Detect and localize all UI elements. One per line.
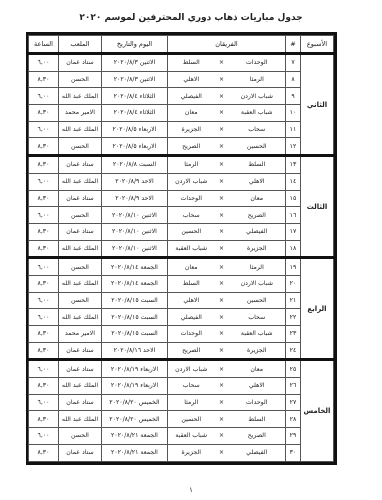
home-team: سحاب	[229, 121, 286, 138]
match-date: الاثنين ٢٠٢٠/٨/١٠	[101, 223, 167, 240]
header-date: اليوم والتاريخ	[101, 36, 167, 54]
home-team: الحسين	[229, 292, 286, 309]
vs-mark: ×	[215, 207, 229, 224]
match-time: ٨,٣٠	[28, 156, 58, 174]
away-team: الصريح	[167, 342, 214, 360]
fixtures-table: الأسبوع # الفريقان اليوم والتاريخ الملعب…	[26, 32, 337, 465]
match-date: الجمعة ٢٠٢٠/٨/٢١	[101, 428, 167, 445]
match-time: ٨,٣٠	[28, 190, 58, 207]
away-team: الرمثا	[167, 394, 214, 411]
table-row: ٢٦الاهلي×سحابالاربعاء ٢٠٢٠/٨/١٩الملك عبد…	[28, 378, 333, 395]
away-team: الجزيرة	[167, 121, 214, 138]
away-team: السلط	[167, 275, 214, 292]
table-row: ١٥معان×الوحداتالاحد ٢٠٢٠/٨/٩ستاد عمان٨,٣…	[28, 190, 333, 207]
match-venue: ستاد عمان	[58, 223, 101, 240]
match-number: ٢٢	[286, 309, 301, 326]
table-row: ٢٣شباب العقبة×الوحداتالسبت ٢٠٢٠/٨/١٥الام…	[28, 326, 333, 343]
home-team: سحاب	[229, 309, 286, 326]
vs-mark: ×	[215, 190, 229, 207]
header-time: الساعة	[28, 36, 58, 54]
home-team: الرمثا	[229, 258, 286, 276]
away-team: الاهلي	[167, 292, 214, 309]
match-number: ٧	[286, 54, 301, 72]
table-row: ٩شباب الاردن×الفيصليالثلاثاء ٢٠٢٠/٨/٤الم…	[28, 88, 333, 105]
match-number: ٢٥	[286, 360, 301, 378]
match-date: الجمعة ٢٠٢٠/٨/٢١	[101, 444, 167, 461]
home-team: الوحدات	[229, 394, 286, 411]
table-row: ٣٠الفيصلي×الجزيرةالجمعة ٢٠٢٠/٨/٢١ستاد عم…	[28, 444, 333, 461]
match-date: الخميس ٢٠٢٠/٨/٢٠	[101, 411, 167, 428]
away-team: شباب الاردن	[167, 173, 214, 190]
match-time: ٦,٠٠	[28, 207, 58, 224]
vs-mark: ×	[215, 105, 229, 122]
match-number: ١٣	[286, 156, 301, 174]
match-time: ٨,٣٠	[28, 378, 58, 395]
match-time: ٨,٣٠	[28, 71, 58, 88]
page-title: جدول مباريات ذهاب دوري المحترفين لموسم ٢…	[0, 13, 382, 23]
match-number: ١٠	[286, 105, 301, 122]
vs-mark: ×	[215, 309, 229, 326]
match-date: الخميس ٢٠٢٠/٨/٢٠	[101, 394, 167, 411]
page-number: ١	[0, 486, 382, 494]
match-venue: الملك عبد الله	[58, 411, 101, 428]
match-date: الاثنين ٢٠٢٠/٨/١٠	[101, 207, 167, 224]
away-team: الجزيرة	[167, 444, 214, 461]
header-num: #	[286, 36, 301, 54]
vs-mark: ×	[215, 444, 229, 461]
vs-mark: ×	[215, 292, 229, 309]
vs-mark: ×	[215, 71, 229, 88]
vs-mark: ×	[215, 394, 229, 411]
match-time: ٨,٣٠	[28, 342, 58, 360]
away-team: معان	[167, 258, 214, 276]
match-number: ٩	[286, 88, 301, 105]
vs-mark: ×	[215, 342, 229, 360]
match-time: ٨,٣٠	[28, 138, 58, 156]
match-time: ٦,٠٠	[28, 394, 58, 411]
home-team: الجزيرة	[229, 240, 286, 258]
away-team: الفيصلي	[167, 309, 214, 326]
home-team: شباب العقبة	[229, 105, 286, 122]
table-row: ١٦الصريح×سحابالاثنين ٢٠٢٠/٨/١٠الحسن٦,٠٠	[28, 207, 333, 224]
match-number: ١٦	[286, 207, 301, 224]
home-team: الجزيرة	[229, 342, 286, 360]
away-team: الحسين	[167, 411, 214, 428]
table-row: ٢١الحسين×الاهليالسبت ٢٠٢٠/٨/١٥الحسن٦,٠٠	[28, 292, 333, 309]
match-venue: الحسن	[58, 207, 101, 224]
match-number: ٢٧	[286, 394, 301, 411]
match-date: الاثنين ٢٠٢٠/٨/١٠	[101, 240, 167, 258]
header-teams: الفريقان	[167, 36, 285, 54]
away-team: شباب الاردن	[167, 360, 214, 378]
table-row: ٢٩الصريح×شباب العقبةالجمعة ٢٠٢٠/٨/٢١الحس…	[28, 428, 333, 445]
match-venue: ستاد عمان	[58, 156, 101, 174]
table-row: ٢٨السلط×الحسينالخميس ٢٠٢٠/٨/٢٠الملك عبد …	[28, 411, 333, 428]
match-number: ١٨	[286, 240, 301, 258]
table-row: الثاني٧الوحدات×السلطالاثنين ٢٠٢٠/٨/٣ستاد…	[28, 54, 333, 72]
match-venue: الحسن	[58, 71, 101, 88]
match-date: الاحد ٢٠٢٠/٨/١٦	[101, 342, 167, 360]
match-venue: ستاد عمان	[58, 342, 101, 360]
match-date: السبت ٢٠٢٠/٨/٨	[101, 156, 167, 174]
match-time: ٦,٠٠	[28, 88, 58, 105]
vs-mark: ×	[215, 428, 229, 445]
table-row: ٢٢سحاب×الفيصليالسبت ٢٠٢٠/٨/١٥الملك عبد ا…	[28, 309, 333, 326]
vs-mark: ×	[215, 378, 229, 395]
match-number: ١٤	[286, 173, 301, 190]
header-week: الأسبوع	[301, 36, 334, 54]
home-team: معان	[229, 360, 286, 378]
match-time: ٨,٣٠	[28, 275, 58, 292]
match-number: ٢٠	[286, 275, 301, 292]
away-team: السلط	[167, 54, 214, 72]
away-team: الصريح	[167, 138, 214, 156]
home-team: الفيصلي	[229, 223, 286, 240]
match-time: ٦,٠٠	[28, 428, 58, 445]
home-team: معان	[229, 190, 286, 207]
match-date: الجمعة ٢٠٢٠/٨/١٤	[101, 258, 167, 276]
home-team: السلط	[229, 411, 286, 428]
table-row: ٢٧الوحدات×الرمثاالخميس ٢٠٢٠/٨/٢٠ستاد عما…	[28, 394, 333, 411]
match-venue: الملك عبد الله	[58, 88, 101, 105]
match-venue: الامير محمد	[58, 326, 101, 343]
away-team: الاهلي	[167, 71, 214, 88]
vs-mark: ×	[215, 411, 229, 428]
home-team: شباب العقبة	[229, 326, 286, 343]
match-time: ٨,٣٠	[28, 411, 58, 428]
vs-mark: ×	[215, 275, 229, 292]
match-number: ١٢	[286, 138, 301, 156]
match-venue: ستاد عمان	[58, 444, 101, 461]
table-row: الرابع١٩الرمثا×معانالجمعة ٢٠٢٠/٨/١٤الحسن…	[28, 258, 333, 276]
match-number: ٢٦	[286, 378, 301, 395]
table-row: ١٢الحسين×الصريحالاربعاء ٢٠٢٠/٨/٥الحسن٨,٣…	[28, 138, 333, 156]
away-team: شباب العقبة	[167, 428, 214, 445]
vs-mark: ×	[215, 258, 229, 276]
match-time: ٦,٠٠	[28, 292, 58, 309]
match-time: ٦,٠٠	[28, 54, 58, 72]
away-team: شباب العقبة	[167, 240, 214, 258]
home-team: الاهلي	[229, 173, 286, 190]
vs-mark: ×	[215, 156, 229, 174]
match-time: ٨,٣٠	[28, 240, 58, 258]
match-venue: الملك عبد الله	[58, 240, 101, 258]
match-venue: الحسن	[58, 258, 101, 276]
vs-mark: ×	[215, 223, 229, 240]
week-label: الرابع	[301, 258, 334, 360]
match-venue: الملك عبد الله	[58, 309, 101, 326]
match-date: السبت ٢٠٢٠/٨/١٥	[101, 326, 167, 343]
match-number: ٢٩	[286, 428, 301, 445]
match-date: الاربعاء ٢٠٢٠/٨/٥	[101, 121, 167, 138]
table-row: الخامس٢٥معان×شباب الاردنالاربعاء ٢٠٢٠/٨/…	[28, 360, 333, 378]
table-row: ٢٠شباب الاردن×السلطالجمعة ٢٠٢٠/٨/١٤الملك…	[28, 275, 333, 292]
away-team: معان	[167, 105, 214, 122]
match-venue: ستاد عمان	[58, 360, 101, 378]
match-date: الثلاثاء ٢٠٢٠/٨/٤	[101, 105, 167, 122]
vs-mark: ×	[215, 326, 229, 343]
match-time: ٨,٣٠	[28, 223, 58, 240]
match-number: ٢٨	[286, 411, 301, 428]
match-number: ١٩	[286, 258, 301, 276]
vs-mark: ×	[215, 88, 229, 105]
match-date: الاربعاء ٢٠٢٠/٨/٥	[101, 138, 167, 156]
match-date: الاحد ٢٠٢٠/٨/٩	[101, 190, 167, 207]
home-team: الصريح	[229, 428, 286, 445]
match-number: ١١	[286, 121, 301, 138]
match-number: ٣٠	[286, 444, 301, 461]
match-number: ١٥	[286, 190, 301, 207]
match-venue: الملك عبد الله	[58, 378, 101, 395]
vs-mark: ×	[215, 240, 229, 258]
match-time: ٨,٣٠	[28, 444, 58, 461]
match-venue: ستاد عمان	[58, 54, 101, 72]
match-venue: الملك عبد الله	[58, 121, 101, 138]
match-date: السبت ٢٠٢٠/٨/١٥	[101, 309, 167, 326]
match-time: ٦,٠٠	[28, 309, 58, 326]
match-venue: الحسن	[58, 138, 101, 156]
home-team: الاهلي	[229, 378, 286, 395]
table-row: الثالث١٣السلط×الرمثاالسبت ٢٠٢٠/٨/٨ستاد ع…	[28, 156, 333, 174]
home-team: الفيصلي	[229, 444, 286, 461]
match-date: الاربعاء ٢٠٢٠/٨/١٩	[101, 378, 167, 395]
header-row: الأسبوع # الفريقان اليوم والتاريخ الملعب…	[28, 36, 333, 54]
away-team: الوحدات	[167, 190, 214, 207]
away-team: الرمثا	[167, 156, 214, 174]
match-venue: الحسن	[58, 428, 101, 445]
match-venue: ستاد عمان	[58, 190, 101, 207]
away-team: الفيصلي	[167, 88, 214, 105]
table-row: ١٨الجزيرة×شباب العقبةالاثنين ٢٠٢٠/٨/١٠ال…	[28, 240, 333, 258]
match-time: ٦,٠٠	[28, 258, 58, 276]
vs-mark: ×	[215, 121, 229, 138]
away-team: سحاب	[167, 207, 214, 224]
match-number: ٢٤	[286, 342, 301, 360]
away-team: الوحدات	[167, 326, 214, 343]
vs-mark: ×	[215, 360, 229, 378]
vs-mark: ×	[215, 54, 229, 72]
match-date: الاثنين ٢٠٢٠/٨/٣	[101, 71, 167, 88]
home-team: شباب الاردن	[229, 88, 286, 105]
home-team: شباب الاردن	[229, 275, 286, 292]
match-number: ٨	[286, 71, 301, 88]
home-team: الوحدات	[229, 54, 286, 72]
table-row: ١١سحاب×الجزيرةالاربعاء ٢٠٢٠/٨/٥الملك عبد…	[28, 121, 333, 138]
home-team: الحسين	[229, 138, 286, 156]
match-time: ٦,٠٠	[28, 173, 58, 190]
match-time: ٨,٣٠	[28, 326, 58, 343]
header-venue: الملعب	[58, 36, 101, 54]
match-number: ٢٣	[286, 326, 301, 343]
match-date: الثلاثاء ٢٠٢٠/٨/٤	[101, 88, 167, 105]
match-venue: الملك عبد الله	[58, 275, 101, 292]
match-date: الاربعاء ٢٠٢٠/٨/١٩	[101, 360, 167, 378]
match-number: ٢١	[286, 292, 301, 309]
match-venue: الحسن	[58, 292, 101, 309]
table-row: ١٧الفيصلي×الحسينالاثنين ٢٠٢٠/٨/١٠ستاد عم…	[28, 223, 333, 240]
away-team: سحاب	[167, 378, 214, 395]
match-venue: الملك عبد الله	[58, 173, 101, 190]
match-date: الاثنين ٢٠٢٠/٨/٣	[101, 54, 167, 72]
match-venue: ستاد عمان	[58, 394, 101, 411]
match-number: ١٧	[286, 223, 301, 240]
week-label: الخامس	[301, 360, 334, 461]
vs-mark: ×	[215, 138, 229, 156]
table-row: ٢٤الجزيرة×الصريحالاحد ٢٠٢٠/٨/١٦ستاد عمان…	[28, 342, 333, 360]
match-date: الجمعة ٢٠٢٠/٨/١٤	[101, 275, 167, 292]
match-time: ٦,٠٠	[28, 121, 58, 138]
match-date: السبت ٢٠٢٠/٨/١٥	[101, 292, 167, 309]
match-venue: الامير محمد	[58, 105, 101, 122]
match-time: ٦,٠٠	[28, 360, 58, 378]
table-row: ١٠شباب العقبة×معانالثلاثاء ٢٠٢٠/٨/٤الامي…	[28, 105, 333, 122]
table-row: ٨الرمثا×الاهليالاثنين ٢٠٢٠/٨/٣الحسن٨,٣٠	[28, 71, 333, 88]
home-team: الصريح	[229, 207, 286, 224]
vs-mark: ×	[215, 173, 229, 190]
week-label: الثالث	[301, 156, 334, 258]
week-label: الثاني	[301, 54, 334, 156]
away-team: الحسين	[167, 223, 214, 240]
table-row: ١٤الاهلي×شباب الاردنالاحد ٢٠٢٠/٨/٩الملك …	[28, 173, 333, 190]
home-team: السلط	[229, 156, 286, 174]
match-date: الاحد ٢٠٢٠/٨/٩	[101, 173, 167, 190]
home-team: الرمثا	[229, 71, 286, 88]
match-time: ٨,٣٠	[28, 105, 58, 122]
